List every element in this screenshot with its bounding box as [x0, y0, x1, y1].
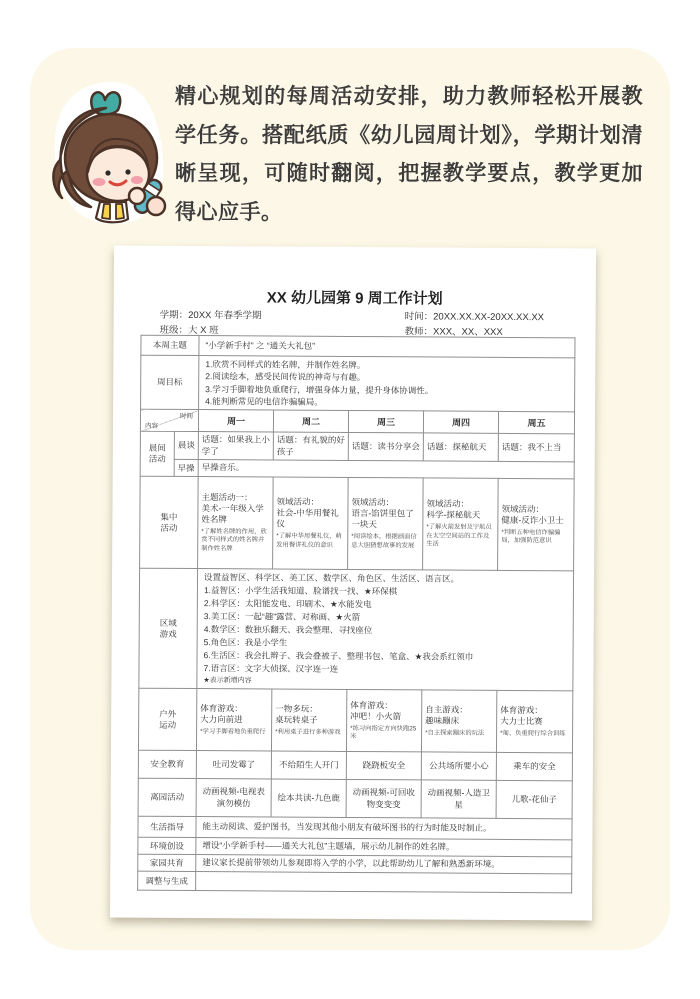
safety-cell-thu: 公共场所要小心	[421, 752, 496, 780]
weekly-plan-table: 本周主题 “小学新手村” 之 “通关大礼包” 周目标 1.欣赏不同样式的姓名牌，…	[137, 335, 575, 894]
day-header-thu: 周四	[423, 411, 498, 433]
week-goals-value: 1.欣赏不同样式的姓名牌，并制作姓名牌。 2.阅读绘本，感受民间传说的神奇与有趣…	[199, 356, 575, 412]
mascot-girl-illustration	[44, 78, 172, 228]
morning-topic-fri: 话题：我不上当	[498, 433, 574, 461]
activity-note: *练习向指定方向快跑25米	[350, 724, 418, 741]
activity-note: *匍、负重爬行综合训练	[500, 730, 569, 739]
table-row-life-guidance: 生活指导 能主动阅读、爱护图书，当发现其他小朋友有破坏图书的行为时能及时制止。	[138, 816, 572, 840]
focus-cell-tue: 领域活动： 社会-中华用餐礼仪 *了解中华用餐礼仪，萌发用餐讲礼仪的意识	[273, 477, 349, 569]
activity-type: 领域活动：	[276, 497, 344, 508]
activity-name: 健康-反诈小卫士	[501, 514, 570, 525]
activity-name: 社会-中华用餐礼仪	[276, 508, 344, 530]
semester-label: 学期：	[160, 310, 189, 321]
adjustment-value	[196, 872, 572, 893]
semester-value: 20XX 年春季学期	[188, 310, 261, 321]
meta-semester: 学期：20XX 年春季学期	[160, 308, 405, 324]
outdoor-cell-thu: 自主游戏： 趣味蹦床 *自主探索蹦床的玩法	[421, 690, 496, 752]
activity-type: 领域活动：	[426, 499, 494, 510]
activity-type: 体育游戏：	[200, 703, 268, 714]
diagonal-content-label: 内容	[145, 421, 158, 430]
activity-note: *判断五种电信诈骗骗局，加强防范意识	[501, 528, 570, 545]
regional-games-value: 设置益智区、科学区、美工区、数学区、角色区、生活区、语言区。 1.益智区：小学生…	[197, 569, 574, 691]
activity-type: 自主游戏：	[425, 704, 493, 715]
goal-line: 4.能判断常见的电信诈骗骗局。	[205, 395, 571, 410]
activity-note: *了解姓名牌的作用，欣赏不同样式的姓名牌并制作姓名牌	[201, 528, 269, 554]
row-label-life-guidance: 生活指导	[138, 816, 196, 837]
life-guidance-value: 能主动阅读、爱护图书，当发现其他小朋友有破坏图书的行为时能及时制止。	[196, 817, 572, 840]
activity-type: 领域活动：	[501, 503, 570, 514]
activity-name: 冲吧！小火箭	[350, 710, 418, 721]
diagonal-time-label: 时间	[180, 411, 193, 420]
leaving-cell-mon: 动画视频-电视表演勿模仿	[196, 779, 271, 817]
day-header-mon: 周一	[198, 410, 273, 432]
focus-cell-fri: 领域活动： 健康-反诈小卫士 *判断五种电信诈骗骗局，加强防范意识	[498, 478, 575, 570]
activity-name: 大力向前进	[200, 714, 268, 725]
row-label-week-goals: 周目标	[141, 355, 199, 409]
sub-label-morning-talk: 晨谈	[174, 431, 198, 459]
time-value: 20XX.XX.XX-20XX.XX.XX	[433, 311, 544, 323]
row-label-safety-education: 安全教育	[138, 750, 196, 778]
outdoor-cell-mon: 体育游戏： 大力向前进 *学习手脚着地负重爬行	[196, 689, 271, 751]
activity-name: 科学-探秘航天	[426, 510, 494, 521]
table-row-leaving-activity: 离园活动 动画视频-电视表演勿模仿 绘本共读-九色鹿 动画视频-可回收物变变变 …	[138, 778, 572, 819]
morning-topic-mon: 话题：如果我上小学了	[198, 432, 273, 460]
day-header-fri: 周五	[498, 411, 574, 433]
leaving-cell-fri: 儿歌-花仙子	[496, 780, 572, 818]
table-row-week-goals: 周目标 1.欣赏不同样式的姓名牌，并制作姓名牌。 2.阅读绘本，感受民间传说的神…	[141, 355, 575, 412]
row-label-leaving-activity: 离园活动	[138, 778, 196, 816]
focus-cell-thu: 领域活动： 科学-探秘航天 *了解火箭发射及宇航员在太空空间站的工作及生活	[423, 478, 499, 570]
weekly-plan-paper: XX 幼儿园第 9 周工作计划 学期：20XX 年春季学期 时间：20XX.XX…	[110, 246, 596, 921]
table-row-focus-activity: 集中 活动 主题活动一： 美术-一年级入学姓名牌 *了解姓名牌的作用，欣赏不同样…	[140, 476, 575, 571]
table-row-adjustment: 调整与生成	[138, 871, 572, 893]
focus-cell-mon: 主题活动一： 美术-一年级入学姓名牌 *了解姓名牌的作用，欣赏不同样式的姓名牌并…	[198, 477, 274, 569]
activity-note: *了解中华用餐礼仪，萌发用餐讲礼仪的意识	[276, 533, 344, 550]
region-line: 7.语言区：文字大侦探、汉字连一连	[203, 662, 569, 677]
week-theme-value: “小学新手村” 之 “通关大礼包”	[199, 336, 575, 358]
activity-note: *学习手脚着地负重爬行	[200, 728, 268, 737]
activity-type: 领域活动：	[351, 497, 419, 508]
activity-note: *阅读绘本，根据画面信息大胆猜想故事的发展	[351, 533, 419, 550]
activity-type: 一物多玩：	[275, 703, 343, 714]
table-row-day-header: 时间 内容 周一 周二 周三 周四 周五	[140, 409, 574, 434]
table-row-morning-talk: 晨间 活动 晨谈 话题：如果我上小学了 话题：有礼貌的好孩子 话题：读书分享会 …	[140, 431, 574, 462]
table-row-week-theme: 本周主题 “小学新手村” 之 “通关大礼包”	[141, 335, 575, 358]
morning-topic-wed: 话题：读书分享会	[348, 432, 423, 460]
page-title: XX 幼儿园第 9 周工作计划	[114, 286, 596, 310]
sub-label-morning-exercise: 早操	[174, 459, 198, 476]
focus-cell-wed: 领域活动： 语言-馅饼里包了一块天 *阅读绘本，根据画面信息大胆猜想故事的发展	[348, 477, 424, 569]
time-label: 时间：	[405, 311, 434, 322]
activity-name: 桌玩转桌子	[275, 714, 343, 725]
region-note: ★表示新增内容	[203, 675, 569, 688]
activity-type: 体育游戏：	[500, 705, 569, 716]
row-label-regional-games: 区域 游戏	[139, 568, 198, 688]
row-label-adjustment: 调整与生成	[138, 871, 196, 890]
morning-topic-thu: 话题：探秘航天	[423, 433, 498, 461]
day-header-tue: 周二	[273, 410, 348, 432]
leaving-cell-thu: 动画视频-人造卫星	[421, 780, 496, 818]
activity-type: 主题活动一：	[202, 492, 270, 503]
table-row-safety-education: 安全教育 吐司发霉了 不给陌生人开门 跷跷板安全 公共场所要小心 乘车的安全	[138, 750, 572, 781]
meta-time: 时间：20XX.XX.XX-20XX.XX.XX	[405, 309, 545, 325]
row-label-home-school: 家园共育	[138, 854, 196, 871]
day-header-wed: 周三	[348, 410, 423, 432]
activity-name: 语言-馅饼里包了一块天	[351, 508, 419, 530]
activity-name: 大力士比赛	[500, 716, 569, 727]
diagonal-header-cell: 时间 内容	[140, 409, 198, 431]
activity-note: *自主探索蹦床的玩法	[425, 729, 493, 738]
row-label-morning-activity: 晨间 活动	[140, 431, 174, 476]
row-label-focus-activity: 集中 活动	[140, 476, 199, 568]
activity-name: 美术-一年级入学姓名牌	[201, 503, 269, 525]
leaving-cell-wed: 动画视频-可回收物变变变	[346, 779, 421, 817]
outdoor-cell-tue: 一物多玩： 桌玩转桌子 *利用桌子进行多种游戏	[271, 689, 346, 751]
outdoor-cell-wed: 体育游戏： 冲吧！小火箭 *练习向指定方向快跑25米	[346, 689, 421, 751]
safety-cell-tue: 不给陌生人开门	[271, 751, 346, 779]
row-label-outdoor-sports: 户外 运动	[138, 688, 196, 750]
row-label-environment-setup: 环境创设	[138, 837, 196, 854]
cream-card: 精心规划的每周活动安排，助力教师轻松开展教学任务。搭配纸质《幼儿园周计划》，学期…	[30, 48, 670, 950]
row-label-week-theme: 本周主题	[141, 335, 199, 355]
safety-cell-fri: 乘车的安全	[496, 752, 572, 780]
safety-cell-wed: 跷跷板安全	[346, 751, 421, 779]
table-row-regional-games: 区域 游戏 设置益智区、科学区、美工区、数学区、角色区、生活区、语言区。 1.益…	[139, 568, 574, 691]
outdoor-cell-fri: 体育游戏： 大力士比赛 *匍、负重爬行综合训练	[496, 690, 572, 752]
activity-note: *了解火箭发射及宇航员在太空空间站的工作及生活	[426, 524, 494, 550]
table-row-outdoor-sports: 户外 运动 体育游戏： 大力向前进 *学习手脚着地负重爬行 一物多玩： 桌玩转桌…	[138, 688, 572, 753]
safety-cell-mon: 吐司发霉了	[196, 751, 271, 779]
intro-paragraph: 精心规划的每周活动安排，助力教师轻松开展教学任务。搭配纸质《幼儿园周计划》，学期…	[175, 78, 643, 232]
leaving-cell-tue: 绘本共读-九色鹿	[271, 779, 346, 817]
activity-type: 体育游戏：	[350, 699, 418, 710]
activity-name: 趣味蹦床	[425, 715, 493, 726]
morning-topic-tue: 话题：有礼貌的好孩子	[273, 432, 348, 460]
activity-note: *利用桌子进行多种游戏	[275, 728, 343, 737]
